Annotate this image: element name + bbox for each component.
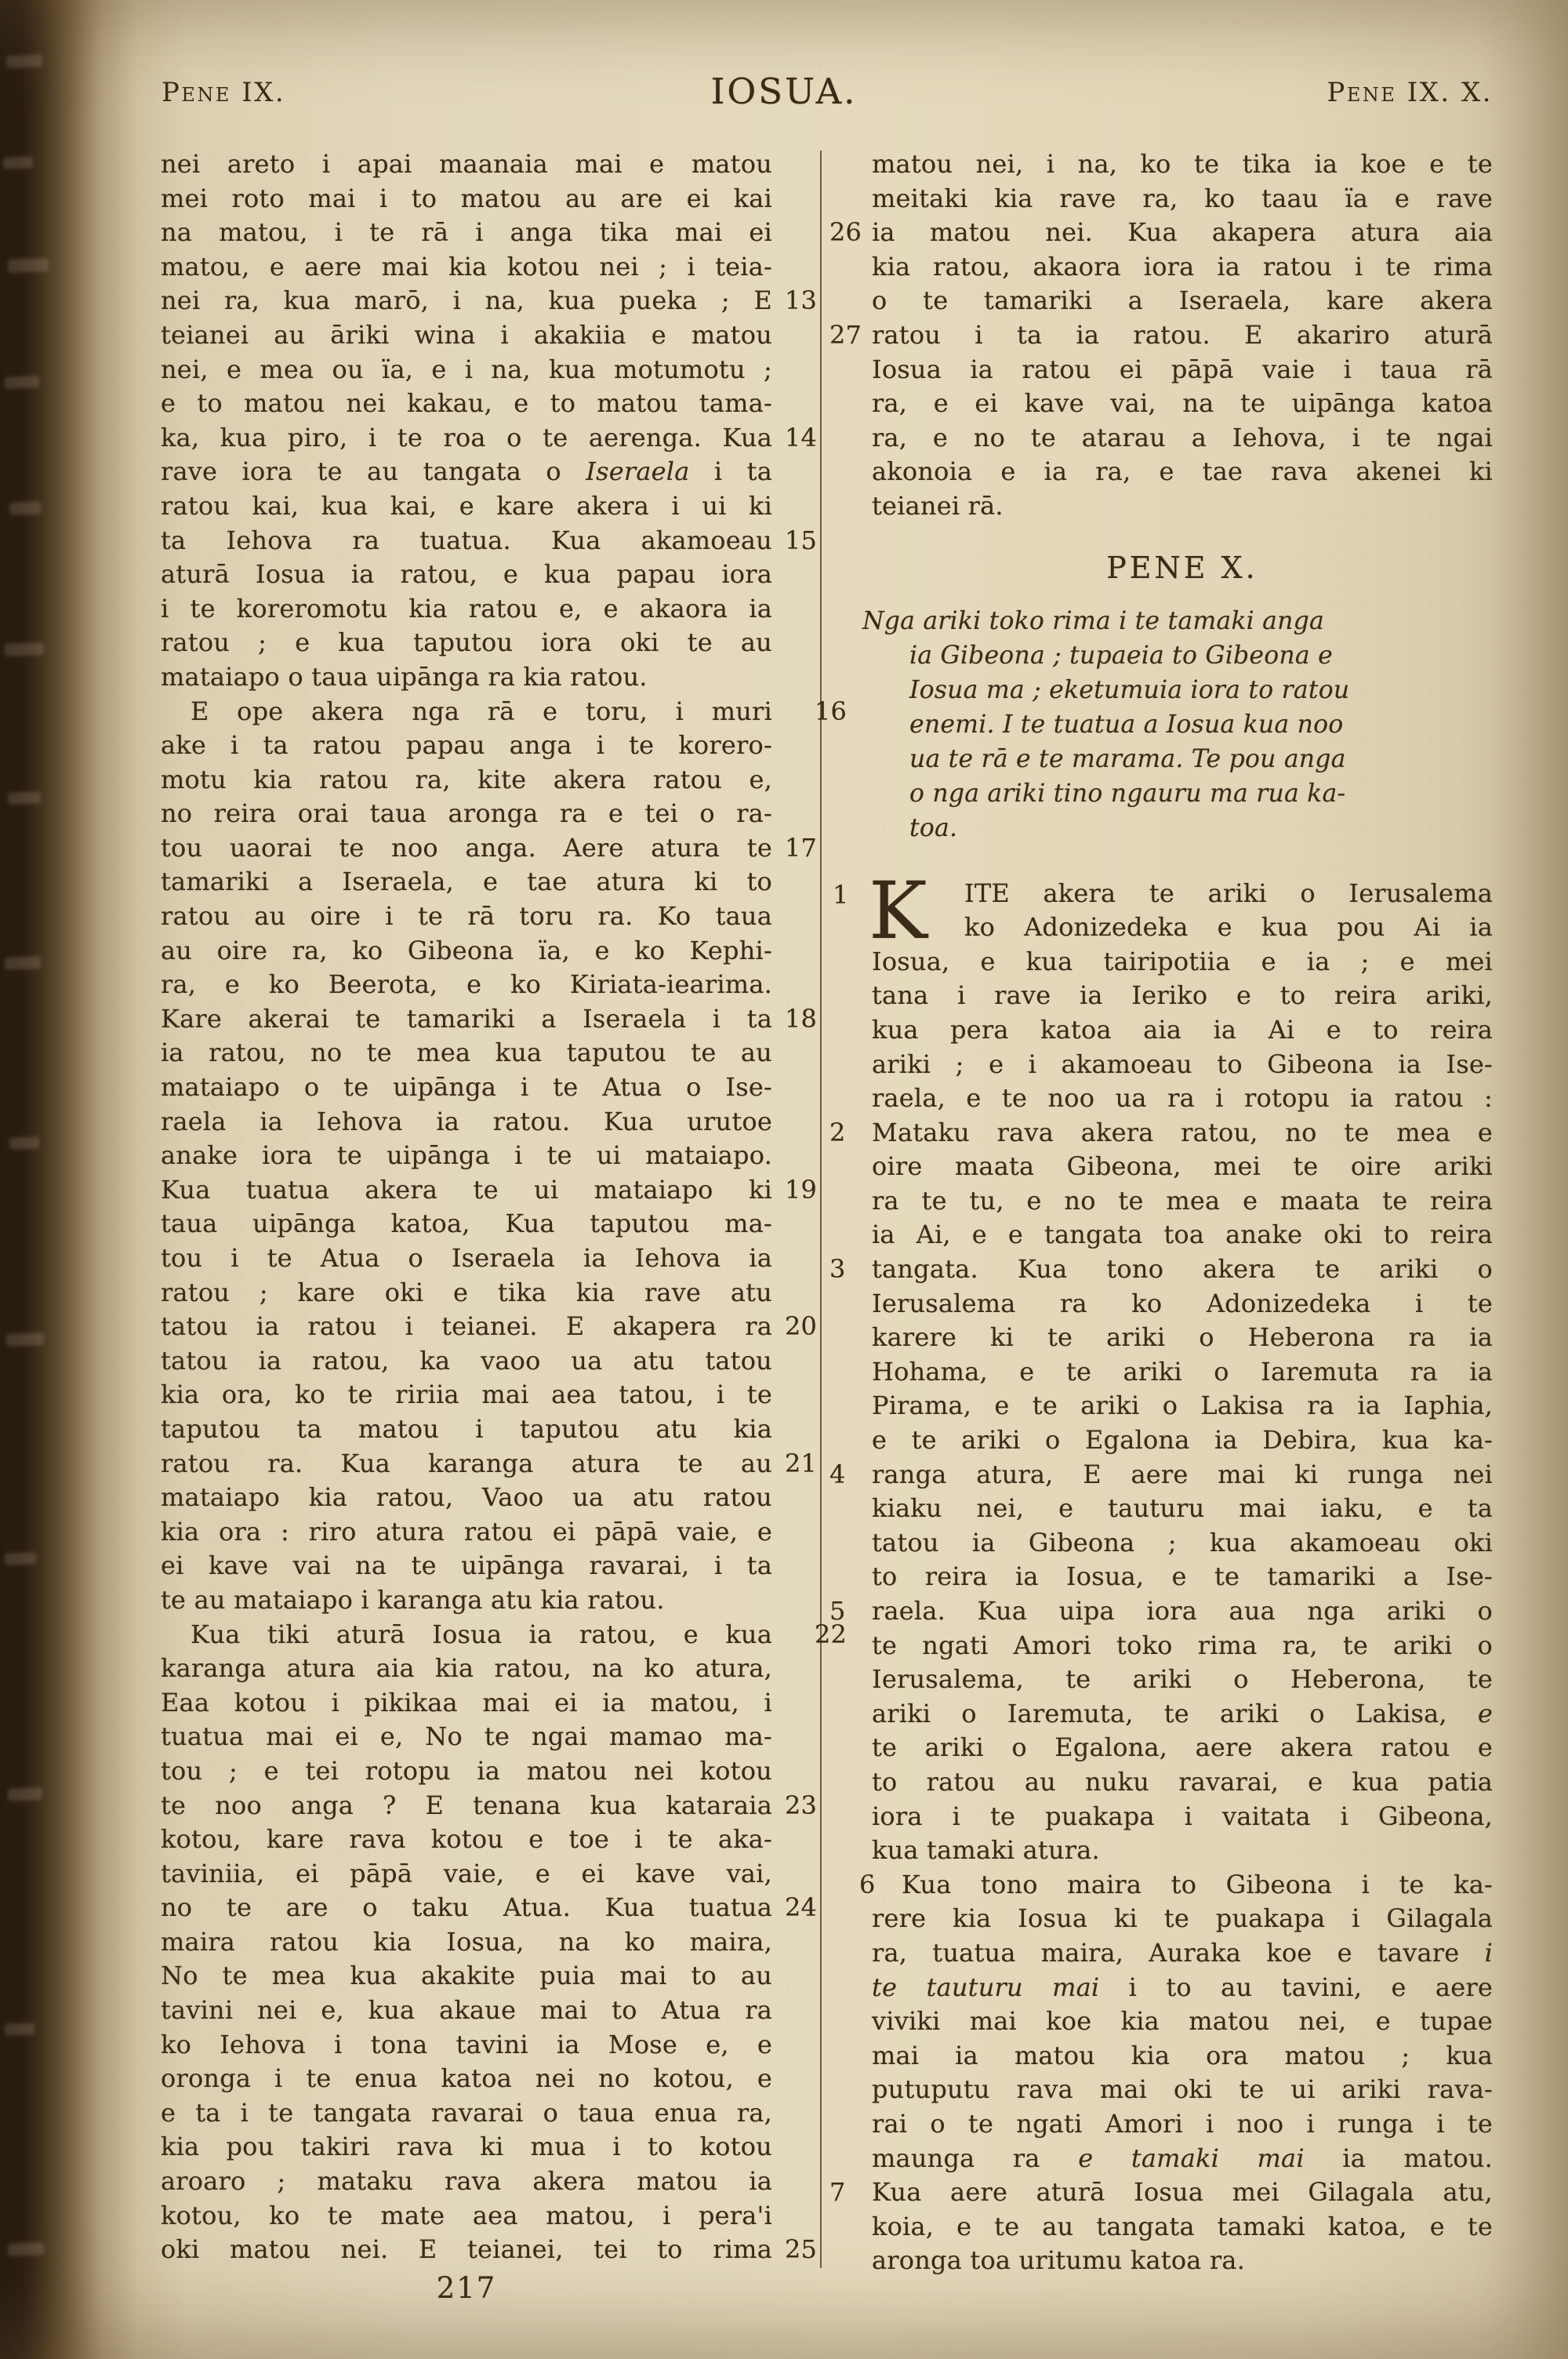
text-line: ranga atura, E aere mai ki runga nei4: [872, 1458, 1493, 1492]
text-line: e ta i te tangata ravarai o taua enua ra…: [161, 2096, 772, 2131]
text-line: tamariki a Iseraela, e tae atura ki to: [161, 865, 772, 900]
text-line: kua pera katoa aia ia Ai e to reira: [872, 1013, 1493, 1048]
text-line: karanga atura aia kia ratou, na ko atura…: [161, 1652, 772, 1686]
verse-number: 15: [785, 524, 819, 558]
text-line: e te ariki o Egalona ia Debira, kua ka-: [872, 1423, 1493, 1458]
text-line: kia ora : riro atura ratou ei pāpā vaie,…: [161, 1515, 772, 1550]
verse-number: 3: [829, 1252, 861, 1287]
text-line: ia ratou, no te mea kua taputou te au: [161, 1036, 772, 1070]
gutter-artifact: [6, 1332, 45, 1347]
text-line: o nga ariki tino ngauru ma rua ka-: [861, 776, 1493, 811]
text-line: Ierusalema, te ariki o Heberona, te: [872, 1663, 1493, 1697]
page-number: 217: [161, 2271, 772, 2305]
text-line: kotou, ko te mate aea matou, i pera'i: [161, 2199, 772, 2234]
text-line: toa.: [861, 811, 1493, 845]
text-line: Iosua, e kua tairipotiia e ia ; e mei: [872, 945, 1493, 980]
text-line: ka, kua piro, i te roa o te aerenga. Kua…: [161, 421, 772, 456]
chapter-summary: Nga ariki toko rima i te tamaki angaia G…: [861, 604, 1493, 845]
text-line: ratou kai, kua kai, e kare akera i ui ki: [161, 489, 772, 524]
text-line: kia pou takiri rava ki mua i to kotou: [161, 2130, 772, 2165]
text-line: tangata. Kua tono akera te ariki o3: [872, 1252, 1493, 1287]
text-line: to reira ia Iosua, e te tamariki a Ise-: [872, 1560, 1493, 1594]
text-line: ariki ; e i akamoeau to Gibeona ia Ise-: [872, 1048, 1493, 1082]
text-line: te tauturu mai i to au tavini, e aere: [872, 1971, 1493, 2005]
text-line: tatou ia Gibeona ; kua akamoeau oki: [872, 1526, 1493, 1561]
text-line: ia matou nei. Kua akapera atura aia26: [872, 216, 1493, 250]
text-line: oire maata Gibeona, mei te oire ariki: [872, 1150, 1493, 1184]
text-line: iora i te puakapa i vaitata i Gibeona,: [872, 1800, 1493, 1834]
text-line: rere kia Iosua ki te puakapa i Gilagala: [872, 1902, 1493, 1936]
text-line: aturā Iosua ia ratou, e kua papau iora: [161, 558, 772, 592]
text-line: nei ra, kua marō, i na, kua pueka ; E13: [161, 284, 772, 318]
text-line: matou nei, i na, ko te tika ia koe e te: [872, 147, 1493, 182]
text-line: kia ratou, akaora iora ia ratou i te rim…: [872, 250, 1493, 285]
gutter-artifact: [5, 642, 45, 656]
book-gutter-shadow: [0, 0, 118, 2359]
verse-number: 4: [829, 1458, 861, 1492]
verse-number: 7: [829, 2175, 861, 2210]
gutter-artifact: [8, 258, 49, 273]
text-line: ko Iehova i tona tavini ia Mose e, e: [161, 2028, 772, 2063]
text-line: tou ; e tei rotopu ia matou nei kotou: [161, 1754, 772, 1789]
text-line: te ngati Amori toko rima ra, te ariki o: [872, 1629, 1493, 1663]
text-line: nei areto i apai maanaia mai e matou: [161, 147, 772, 182]
text-line: Eaa kotou i pikikaa mai ei ia matou, i: [161, 1686, 772, 1721]
text-line: kiaku nei, e tauturu mai iaku, e ta: [872, 1492, 1493, 1526]
text-line: enemi. I te tuatua a Iosua kua noo: [861, 707, 1493, 742]
text-line: Nga ariki toko rima i te tamaki anga: [861, 604, 1493, 638]
text-line: ratou ; e kua taputou iora oki te au: [161, 626, 772, 660]
text-line: ra, e no te atarau a Iehova, i te ngai: [872, 421, 1493, 456]
pene-ix-continuation: matou nei, i na, ko te tika ia koe e tem…: [829, 147, 1493, 524]
verse-number: 18: [785, 1002, 819, 1037]
text-line: taviniia, ei pāpā vaie, e ei kave vai,: [161, 1857, 772, 1892]
text-line: Ierusalema ra ko Adonizedeka i te: [872, 1287, 1493, 1321]
text-line: na matou, i te rā i anga tika mai ei: [161, 216, 772, 250]
text-line: ra, e ei kave vai, na te uipānga katoa: [872, 387, 1493, 421]
text-line: koia, e te au tangata tamaki katoa, e te: [872, 2210, 1493, 2245]
verse-number: 2: [829, 1116, 861, 1150]
text-line: ITE akera te ariki o Ierusalema: [872, 877, 1493, 911]
text-line: te au mataiapo i karanga atu kia ratou.: [161, 1583, 772, 1618]
text-line: tatou ia ratou i teianei. E akapera ra20: [161, 1310, 772, 1344]
text-line: kua tamaki atura.: [872, 1834, 1493, 1868]
text-line: tavini nei e, kua akaue mai to Atua ra: [161, 1994, 772, 2028]
verse-number: 21: [785, 1447, 819, 1481]
gutter-artifact: [5, 1552, 36, 1565]
verse-number: 27: [829, 318, 861, 353]
text-line: aronga toa uritumu katoa ra.: [872, 2244, 1493, 2278]
text-line: ua te rā e te marama. Te pou anga: [861, 742, 1493, 776]
gutter-artifact: [5, 956, 42, 970]
text-line: mai ia matou kia ora matou ; kua: [872, 2039, 1493, 2074]
text-line: anake iora te uipānga i te ui mataiapo.: [161, 1139, 772, 1173]
column-divider-rule: [820, 151, 822, 2268]
verse-number: 24: [785, 1891, 819, 1925]
text-line: Mataku rava akera ratou, no te mea e2: [872, 1116, 1493, 1150]
text-line: kia ora, ko te ririia mai aea tatou, i t…: [161, 1378, 772, 1412]
text-line: Kua aere aturā Iosua mei Gilagala atu,7: [872, 2175, 1493, 2210]
text-line: oki matou nei. E teianei, tei to rima25: [161, 2233, 772, 2267]
text-line: mataiapo o te uipānga i te Atua o Ise-: [161, 1070, 772, 1105]
text-line: tuatua mai ei e, No te ngai mamao ma-: [161, 1720, 772, 1754]
text-line: i te koreromotu kia ratou e, e akaora ia: [161, 592, 772, 627]
verse-number: 22: [785, 1618, 819, 1652]
text-line: ratou au oire i te rā toru ra. Ko taua: [161, 900, 772, 934]
verse-number: 20: [785, 1310, 819, 1344]
text-line: maunga ra e tamaki mai ia matou.: [872, 2142, 1493, 2176]
text-line: motu kia ratou ra, kite akera ratou e,: [161, 763, 772, 798]
text-line: ratou ; kare oki e tika kia rave atu: [161, 1276, 772, 1310]
scanned-book-page: { "header": { "left": "Pene IX.", "cente…: [0, 0, 1568, 2359]
text-line: Kua tuatua akera te ui mataiapo ki19: [161, 1173, 772, 1208]
text-line: no reira orai taua aronga ra e tei o ra-: [161, 797, 772, 831]
gutter-artifact: [9, 1136, 40, 1149]
verse-number: 19: [785, 1173, 819, 1208]
text-line: taputou ta matou i taputou atu kia: [161, 1412, 772, 1447]
text-line: Iosua ia ratou ei pāpā vaie i taua rā: [872, 353, 1493, 387]
drop-cap-lines: ITE akera te ariki o Ierusalemako Adoniz…: [872, 877, 1493, 945]
text-line: e to matou nei kakau, e to matou tama-: [161, 387, 772, 421]
chapter-heading: PENE X.: [872, 549, 1493, 587]
text-line: viviki mai koe kia matou nei, e tupae: [872, 2005, 1493, 2039]
verse-number: 5: [829, 1594, 861, 1629]
verse-number: 17: [785, 831, 819, 866]
running-head-right: Pene IX. X.: [1327, 77, 1494, 108]
text-line: raela, e te noo ua ra i rotopu ia ratou …: [872, 1081, 1493, 1116]
text-line: tou i te Atua o Iseraela ia Iehova ia: [161, 1241, 772, 1276]
text-line: akonoia e ia ra, e tae rava akenei ki: [872, 455, 1493, 489]
gutter-artifact: [8, 791, 41, 804]
left-column: nei areto i apai maanaia mai e matoumei …: [161, 147, 816, 2267]
text-line: rai o te ngati Amori i noo i runga i te: [872, 2107, 1493, 2142]
text-line: taua uipānga katoa, Kua taputou ma-: [161, 1207, 772, 1241]
text-line: Iosua ma ; eketumuia iora to ratou: [861, 673, 1493, 707]
text-line: ia Ai, e e tangata toa anake oki to reir…: [872, 1218, 1493, 1252]
gutter-artifact: [6, 54, 43, 68]
text-line: maira ratou kia Iosua, na ko maira,: [161, 1925, 772, 1960]
text-line: Kare akerai te tamariki a Iseraela i ta1…: [161, 1002, 772, 1037]
verse-number: 1: [833, 880, 864, 910]
text-line: meitaki kia rave ra, ko taau ïa e rave: [872, 182, 1493, 216]
text-line: Kua tono maira to Gibeona i te ka-6: [872, 1868, 1493, 1903]
text-line: oronga i te enua katoa nei no kotou, e: [161, 2062, 772, 2096]
gutter-artifact: [8, 2242, 45, 2256]
text-line: teianei au āriki wina i akakiia e matou: [161, 318, 772, 353]
text-line: Kua tiki aturā Iosua ia ratou, e kua22: [161, 1618, 772, 1652]
text-line: putuputu rava mai oki te ui ariki rava-: [872, 2073, 1493, 2107]
verse-1-paragraph: 1 K ITE akera te ariki o Ierusalemako Ad…: [872, 877, 1493, 945]
gutter-artifact: [3, 156, 34, 169]
text-line: ratou i ta ia ratou. E akariro aturā27: [872, 318, 1493, 353]
text-line: No te mea kua akakite puia mai to au: [161, 1959, 772, 1994]
text-line: teianei rā.: [872, 489, 1493, 524]
text-line: ko Adonizedeka e kua pou Ai ia: [872, 911, 1493, 945]
text-line: nei, e mea ou ïa, e i na, kua motumotu ;: [161, 353, 772, 387]
text-line: te noo anga ? E tenana kua kataraia23: [161, 1789, 772, 1823]
gutter-artifact: [5, 376, 39, 389]
verse-number: 25: [785, 2233, 819, 2267]
text-line: ra te tu, e no te mea e maata te reira: [872, 1184, 1493, 1219]
text-line: ariki o Iaremuta, te ariki o Lakisa, e: [872, 1697, 1493, 1732]
gutter-artifact: [9, 501, 42, 514]
text-line: ake i ta ratou papau anga i te korero-: [161, 729, 772, 763]
text-line: tatou ia ratou, ka vaoo ua atu tatou: [161, 1344, 772, 1379]
verse-number: 26: [829, 216, 861, 250]
text-line: te ariki o Egalona, aere akera ratou e: [872, 1731, 1493, 1765]
text-line: raela. Kua uipa iora aua nga ariki o5: [872, 1594, 1493, 1629]
text-line: mataiapo kia ratou, Vaoo ua atu ratou: [161, 1481, 772, 1515]
text-line: matou, e aere mai kia kotou nei ; i teia…: [161, 250, 772, 285]
text-line: ia Gibeona ; tupaeia to Gibeona e: [861, 638, 1493, 673]
right-column: matou nei, i na, ko te tika ia koe e tem…: [829, 147, 1493, 2278]
text-line: Hohama, e te ariki o Iaremuta ra ia: [872, 1355, 1493, 1390]
gutter-artifact: [5, 2023, 35, 2035]
text-line: no te are o taku Atua. Kua tuatua24: [161, 1891, 772, 1925]
text-line: to ratou au nuku ravarai, e kua patia: [872, 1765, 1493, 1800]
verse-number: 6: [829, 1868, 861, 1903]
text-line: mataiapo o taua uipānga ra kia ratou.: [161, 660, 772, 695]
gutter-artifact: [8, 1787, 43, 1801]
text-line: karere ki te ariki o Heberona ra ia: [872, 1321, 1493, 1355]
text-line: ra, e ko Beerota, e ko Kiriata-iearima.: [161, 968, 772, 1002]
pene-x-body: Iosua, e kua tairipotiia e ia ; e meitan…: [829, 945, 1493, 2278]
text-line: mei roto mai i to matou au are ei kai: [161, 182, 772, 216]
text-line: tana i rave ia Ieriko e to reira ariki,: [872, 979, 1493, 1013]
text-line: ratou ra. Kua karanga atura te au21: [161, 1447, 772, 1481]
text-line: E ope akera nga rā e toru, i muri16: [161, 695, 772, 729]
text-line: ei kave vai na te uipānga ravarai, i ta: [161, 1549, 772, 1583]
text-line: rave iora te au tangata o Iseraela i ta: [161, 455, 772, 489]
text-line: ta Iehova ra tuatua. Kua akamoeau15: [161, 524, 772, 558]
verse-number: 23: [785, 1789, 819, 1823]
text-line: tou uaorai te noo anga. Aere atura te17: [161, 831, 772, 866]
verse-number: 13: [785, 284, 819, 318]
text-line: ra, tuatua maira, Auraka koe e tavare i: [872, 1936, 1493, 1971]
verse-number: 16: [785, 695, 819, 729]
verse-number: 14: [785, 421, 819, 456]
text-line: o te tamariki a Iseraela, kare akera: [872, 284, 1493, 318]
text-line: Pirama, e te ariki o Lakisa ra ia Iaphia…: [872, 1389, 1493, 1423]
text-line: au oire ra, ko Gibeona ïa, e ko Kephi-: [161, 934, 772, 969]
text-line: aroaro ; mataku rava akera matou ia: [161, 2165, 772, 2199]
text-line: kotou, kare rava kotou e toe i te aka-: [161, 1823, 772, 1857]
text-line: raela ia Iehova ia ratou. Kua urutoe: [161, 1105, 772, 1140]
